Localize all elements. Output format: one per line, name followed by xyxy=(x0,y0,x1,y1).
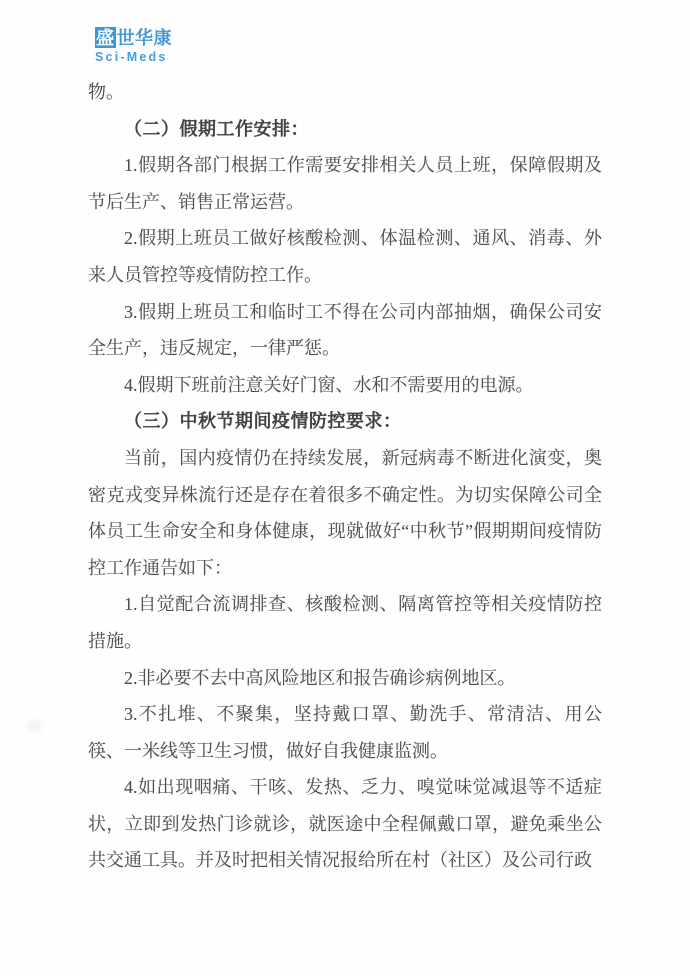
paragraph: 1.自觉配合流调排查、核酸检测、隔离管控等相关疫情防控措施。 xyxy=(88,586,602,659)
section-heading: （二）假期工作安排： xyxy=(88,111,602,148)
paragraph: 3.不扎堆、不聚集，坚持戴口罩、勤洗手、常清洁、用公筷、一米线等卫生习惯，做好自… xyxy=(88,696,602,769)
paragraph: 4.如出现咽痛、干咳、发热、乏力、嗅觉味觉减退等不适症状，立即到发热门诊就诊，就… xyxy=(88,769,602,879)
paragraph: 2.假期上班员工做好核酸检测、体温检测、通风、消毒、外来人员管控等疫情防控工作。 xyxy=(88,220,602,293)
scan-smudge-artifact xyxy=(28,720,42,732)
paragraph: 3.假期上班员工和临时工不得在公司内部抽烟，确保公司安全生产，违反规定，一律严惩… xyxy=(88,294,602,367)
document-page: 盛世华康 Sci-Meds 物。（二）假期工作安排：1.假期各部门根据工作需要安… xyxy=(0,0,690,976)
document-body: 物。（二）假期工作安排：1.假期各部门根据工作需要安排相关人员上班，保障假期及节… xyxy=(88,74,602,879)
section-heading: （三）中秋节期间疫情防控要求： xyxy=(88,403,602,440)
paragraph: 2.非必要不去中高风险地区和报告确诊病例地区。 xyxy=(88,660,602,697)
paragraph: 物。 xyxy=(88,74,602,111)
paragraph: 4.假期下班前注意关好门窗、水和不需要用的电源。 xyxy=(88,367,602,404)
paragraph: 1.假期各部门根据工作需要安排相关人员上班，保障假期及节后生产、销售正常运营。 xyxy=(88,147,602,220)
logo-en-text: Sci-Meds xyxy=(95,51,172,64)
paragraph: 当前，国内疫情仍在持续发展，新冠病毒不断进化演变，奥密克戎变异株流行还是存在着很… xyxy=(88,440,602,586)
logo-cjk-text: 盛世华康 xyxy=(95,27,172,49)
company-logo: 盛世华康 Sci-Meds xyxy=(95,27,172,64)
